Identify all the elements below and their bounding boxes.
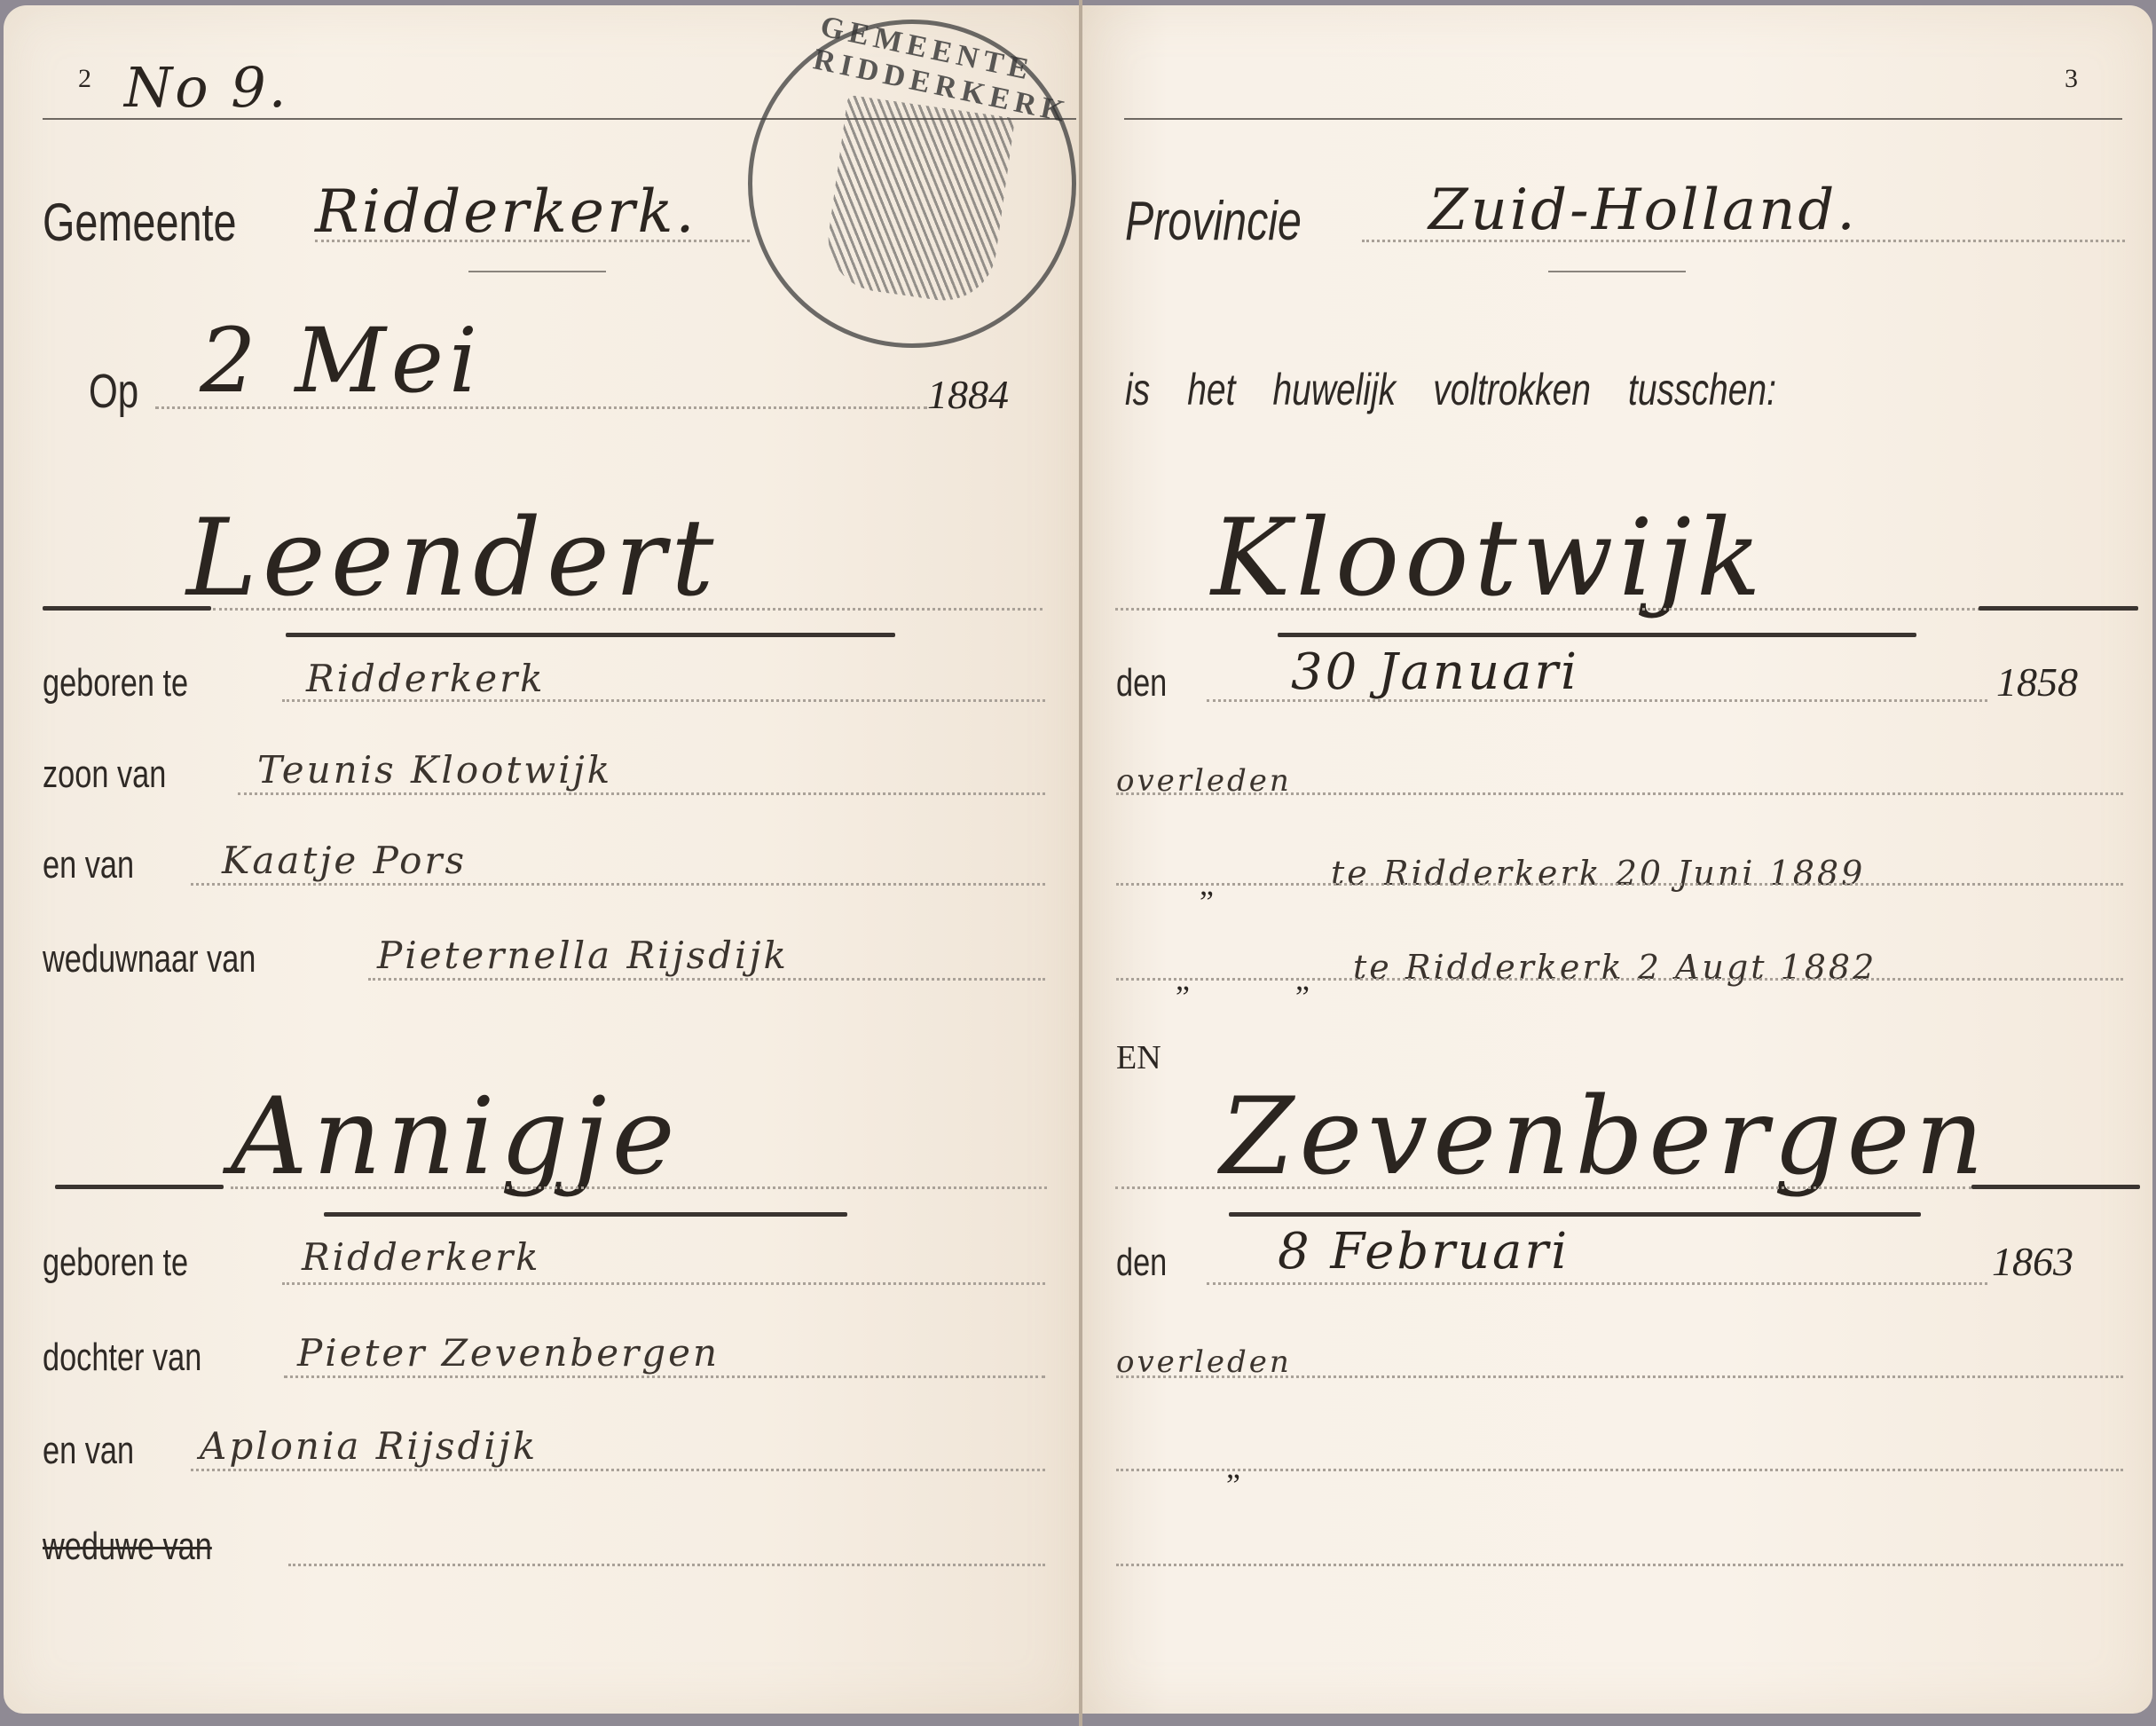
- marriage-year: 1884: [927, 371, 1009, 418]
- groom-den-label: den: [1116, 661, 1167, 705]
- page-number-left: 2: [78, 64, 91, 94]
- provincie-label: Provincie: [1125, 190, 1302, 253]
- op-label: Op: [89, 364, 138, 419]
- groom-birth-day-month: 30 Januari: [1291, 643, 1579, 701]
- daughter-of-value: Pieter Zevenbergen: [297, 1331, 720, 1375]
- groom-surname: Klootwijk: [1211, 497, 1767, 620]
- bride-born-label: geboren te: [43, 1241, 188, 1285]
- intro-text: is het huwelijk voltrokken tusschen:: [1125, 364, 1776, 415]
- daughter-of-label: dochter van: [43, 1336, 201, 1380]
- header-rule-right: [1124, 118, 2122, 120]
- groom-born-label: geboren te: [43, 661, 188, 705]
- bride-first-name: Annigje: [231, 1076, 681, 1199]
- en-label: EN: [1116, 1038, 1161, 1077]
- groom-mother-death: te Ridderkerk 2 Augt 1882: [1353, 948, 1877, 987]
- marriage-date: 2 Mei: [200, 309, 483, 413]
- bride-birth-year: 1863: [1992, 1238, 2073, 1285]
- municipal-seal-stamp: GEMEENTE RIDDERKERK: [748, 20, 1076, 348]
- widower-of-label: weduwnaar van: [43, 937, 256, 981]
- bride-birth-day-month: 8 Februari: [1278, 1223, 1570, 1281]
- provincie-value: Zuid-Holland.: [1428, 177, 1858, 243]
- widow-of-label: weduwe van: [43, 1525, 212, 1569]
- bride-surname: Zevenbergen: [1220, 1076, 1989, 1199]
- page-number-right: 3: [2065, 64, 2078, 94]
- bride-and-of-value: Aplonia Rijsdijk: [200, 1424, 538, 1468]
- son-of-label: zoon van: [43, 753, 166, 797]
- bride-den-label: den: [1116, 1241, 1167, 1285]
- coat-of-arms-icon: [822, 95, 1015, 307]
- groom-birth-year: 1858: [1996, 658, 2078, 705]
- groom-father-death: te Ridderkerk 20 Juni 1889: [1331, 854, 1865, 893]
- groom-and-of-value: Kaatje Pors: [222, 839, 467, 882]
- son-of-value: Teunis Klootwijk: [257, 748, 612, 792]
- groom-first-name: Leendert: [186, 497, 719, 620]
- book-spine: [1079, 0, 1082, 1726]
- bride-overleden-label: overleden: [1116, 1344, 1292, 1380]
- bride-and-of-label: en van: [43, 1429, 134, 1473]
- bride-born-value: Ridderkerk: [302, 1235, 541, 1279]
- entry-number: No 9.: [124, 55, 288, 120]
- gemeente-label: Gemeente: [43, 192, 237, 253]
- gemeente-value: Ridderkerk.: [315, 177, 696, 246]
- ditto-mark: „: [1226, 1448, 1240, 1486]
- groom-born-value: Ridderkerk: [306, 657, 546, 700]
- groom-and-of-label: en van: [43, 843, 134, 887]
- widower-of-value: Pieternella Rijsdijk: [377, 934, 789, 977]
